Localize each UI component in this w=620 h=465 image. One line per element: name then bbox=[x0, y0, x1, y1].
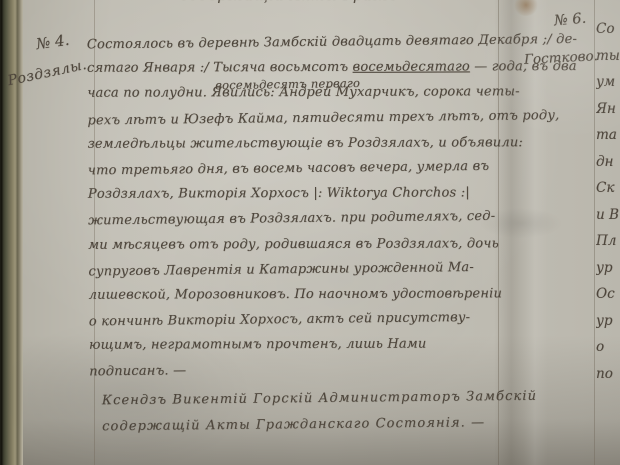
record-line: о кончинѣ Викторіи Хорхосъ, актъ сей при… bbox=[89, 305, 509, 335]
signature-line: содержащій Акты Гражданскаго Состоянія. … bbox=[102, 410, 537, 441]
record-line: жительствующая въ Роздзялахъ. при родите… bbox=[88, 204, 508, 234]
village-name-gostkovo: Гостково. bbox=[524, 48, 599, 68]
record-line: лишевской, Морозовниковъ. По наочномъ уд… bbox=[89, 281, 509, 308]
record6-line-fragment: Ос bbox=[596, 285, 620, 303]
record-line: супруговъ Лаврентія и Катаржины урожденн… bbox=[88, 254, 508, 284]
record-line: Роздзялахъ, Викторія Хорхосъ |: Wiktorya… bbox=[88, 180, 508, 207]
record-line: ющимъ, неграмотнымъ прочтенъ, лишь Нами bbox=[89, 332, 509, 359]
record6-line-fragment: дн bbox=[596, 153, 620, 171]
record-line: рехъ лѣтъ и Юзефъ Кайма, пятидесяти трех… bbox=[87, 103, 507, 133]
underlined-word: восемьдесятаго bbox=[353, 60, 470, 75]
record6-line-fragment: Ян bbox=[596, 100, 620, 118]
record-line: что третьяго дня, въ восемь часовъ вечер… bbox=[88, 154, 508, 184]
record-line: часа по полудни. Явились: Андрей Мухарчи… bbox=[87, 80, 507, 107]
record-line: ми мѣсяцевъ отъ роду, родившаяся въ Розд… bbox=[88, 231, 508, 258]
record-number-4: № 4. bbox=[35, 31, 70, 53]
record6-line-fragment: ур bbox=[596, 312, 620, 330]
record-number-6: № 6. bbox=[553, 11, 586, 30]
register-page-photo: содержащій Акты Гражд № 4. Роздзялы. Сос… bbox=[0, 0, 620, 465]
record6-line-fragment: ум bbox=[596, 73, 620, 91]
record-line: земледѣльцы жительствующіе въ Роздзялахъ… bbox=[88, 130, 508, 157]
record6-line-fragment: Со bbox=[596, 20, 620, 38]
record-4-text-block: Состоялось въ деревнѣ Замбскій двадцать … bbox=[87, 29, 509, 385]
record6-line-fragment: по bbox=[596, 365, 620, 383]
record-line-segment: сятаго Января :/ Тысяча восьмсотъ bbox=[87, 60, 353, 76]
page-header-fragment: содержащій Акты Гражд bbox=[180, 0, 399, 4]
right-page-margin-rule bbox=[594, 0, 595, 465]
record6-line-fragment: о bbox=[596, 338, 620, 356]
record6-line-fragment: та bbox=[596, 126, 620, 144]
record-line: подписанъ. — bbox=[89, 355, 509, 385]
record-line: Состоялось въ деревнѣ Замбскій двадцать … bbox=[87, 28, 507, 58]
record6-line-fragment: и В bbox=[596, 206, 620, 224]
record6-line-fragment: ур bbox=[596, 259, 620, 277]
record6-line-fragment: Ск bbox=[596, 179, 620, 197]
record6-line-fragment: Пл bbox=[596, 232, 620, 250]
priest-signature-block: Ксендзъ Викентій Горскій Администраторъ … bbox=[102, 384, 538, 441]
record6-line-fragment: ты bbox=[596, 47, 620, 65]
